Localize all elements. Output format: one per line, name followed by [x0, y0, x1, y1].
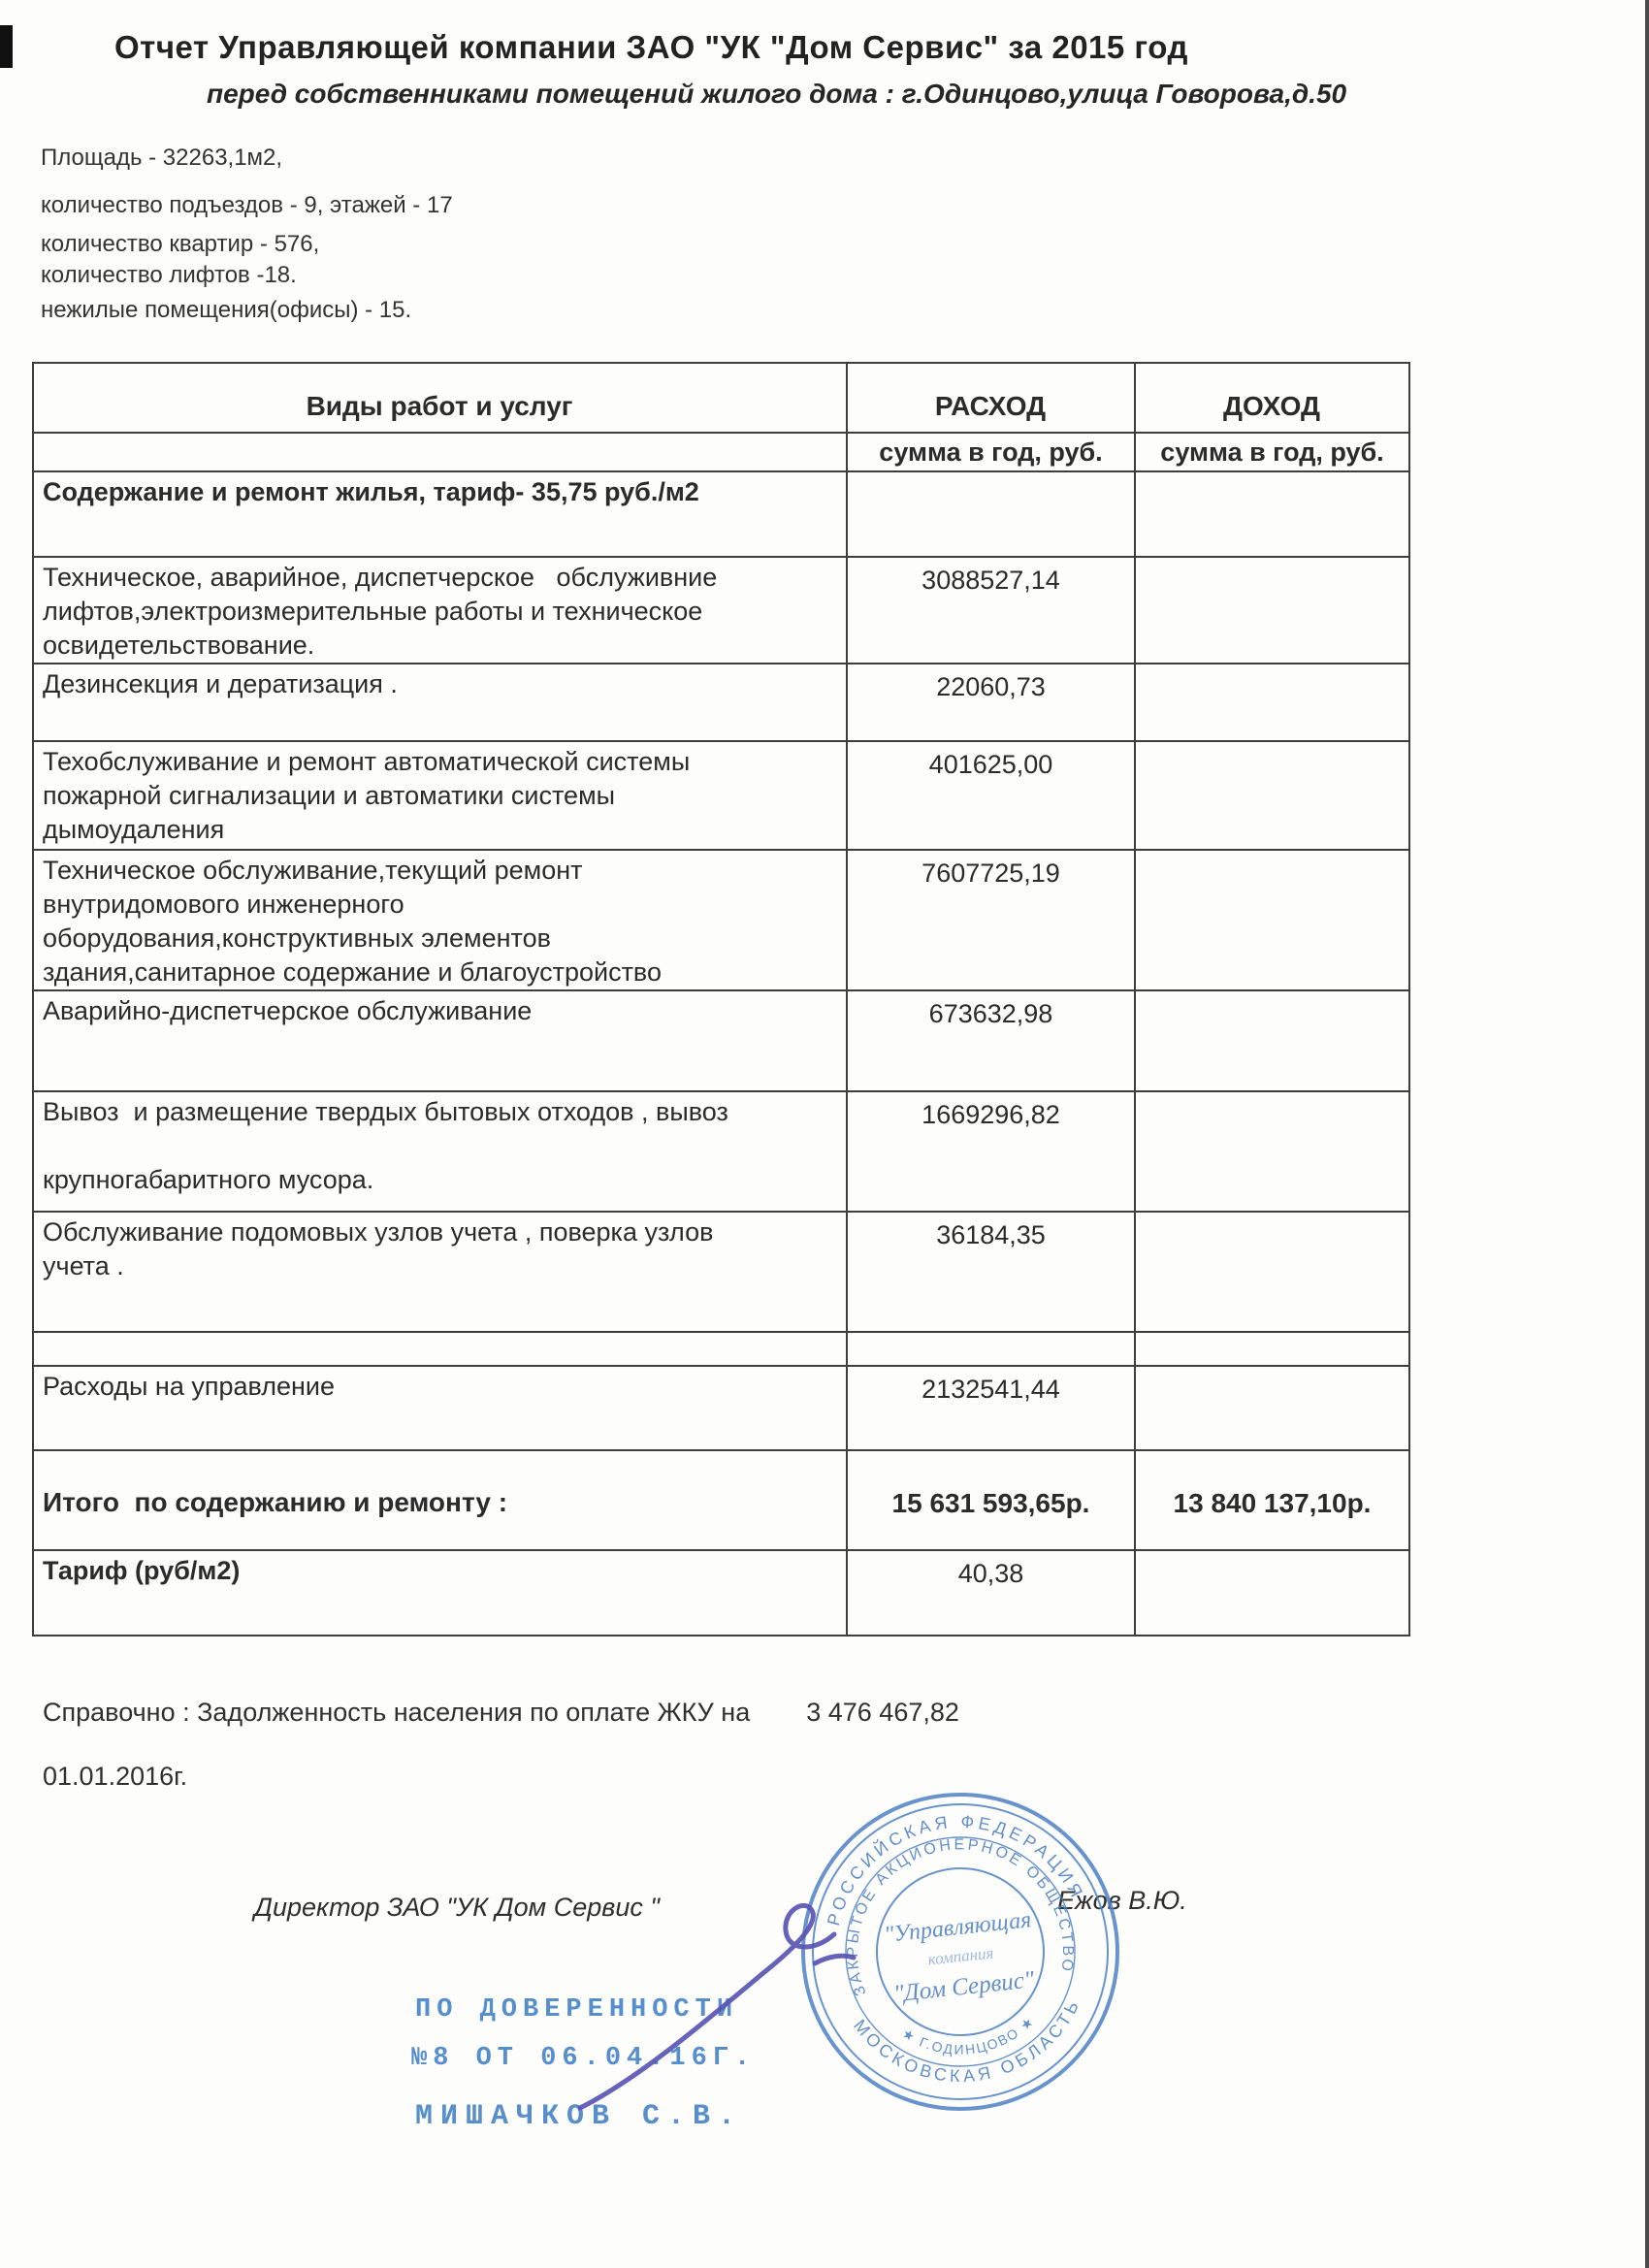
scanned-report-page: Отчет Управляющей компании ЗАО "УК "Дом …	[0, 0, 1649, 2268]
subheader-income: сумма в год, руб.	[1135, 433, 1409, 471]
tariff-income-cell	[1135, 1550, 1409, 1636]
income-cell	[1135, 471, 1409, 557]
expense-cell: 36184,35	[847, 1212, 1135, 1332]
income-cell	[1135, 1212, 1409, 1332]
info-apartments: количество квартир - 576,	[41, 232, 453, 256]
table-row: Техническое обслуживание,текущий ремонт …	[33, 850, 1409, 990]
debt-amount: 3 476 467,82	[806, 1698, 959, 1727]
stamp-center-line-1: "Управляющая	[883, 1907, 1032, 1948]
info-offices: нежилые помещения(офисы) - 15.	[41, 298, 453, 322]
report-subtitle: перед собственниками помещений жилого до…	[207, 79, 1346, 110]
table-row: Аварийно-диспетчерское обслуживание 6736…	[33, 990, 1409, 1091]
header-income: ДОХОД	[1135, 363, 1409, 433]
work-type-cell: Обслуживание подомовых узлов учета , пов…	[33, 1212, 847, 1332]
work-type-cell: Дезинсекция и дератизация .	[33, 664, 847, 741]
expense-cell	[847, 1332, 1135, 1366]
reference-note: Справочно : Задолженность населения по о…	[43, 1698, 959, 1791]
table-row: Техническое, аварийное, диспетчерское об…	[33, 557, 1409, 664]
expense-cell: 401625,00	[847, 741, 1135, 850]
reference-date: 01.01.2016г.	[43, 1762, 959, 1791]
works-services-table: Виды работ и услуг РАСХОД ДОХОД сумма в …	[32, 362, 1410, 1636]
scan-artifact-right-edge	[1645, 0, 1649, 2268]
work-type-cell: Техническое, аварийное, диспетчерское об…	[33, 557, 847, 664]
tariff-label-cell: Тариф (руб/м2)	[33, 1550, 847, 1636]
income-cell	[1135, 1366, 1409, 1450]
stamp-center-line-3: "Дом Сервис"	[892, 1966, 1036, 2007]
expense-cell: 22060,73	[847, 664, 1135, 741]
income-cell	[1135, 741, 1409, 850]
work-type-cell: Вывоз и размещение твердых бытовых отход…	[33, 1091, 847, 1212]
income-cell	[1135, 557, 1409, 664]
total-label-cell: Итого по содержанию и ремонту :	[33, 1450, 847, 1550]
total-expense-cell: 15 631 593,65р.	[847, 1450, 1135, 1550]
table-header-row: Виды работ и услуг РАСХОД ДОХОД	[33, 363, 1409, 433]
tariff-value-cell: 40,38	[847, 1550, 1135, 1636]
table-subheader-row: сумма в год, руб. сумма в год, руб.	[33, 433, 1409, 471]
building-info: Площадь - 32263,1м2, количество подъездо…	[41, 146, 453, 322]
expense-cell: 2132541,44	[847, 1366, 1135, 1450]
table-row: Содержание и ремонт жилья, тариф- 35,75 …	[33, 471, 1409, 557]
work-type-cell: Содержание и ремонт жилья, тариф- 35,75 …	[33, 471, 847, 557]
expense-cell	[847, 471, 1135, 557]
info-elevators: количество лифтов -18.	[41, 263, 453, 287]
subheader-expense: сумма в год, руб.	[847, 433, 1135, 471]
table-row: Вывоз и размещение твердых бытовых отход…	[33, 1091, 1409, 1212]
income-cell	[1135, 664, 1409, 741]
header-work-types: Виды работ и услуг	[33, 363, 847, 433]
table-row: Обслуживание подомовых узлов учета , пов…	[33, 1212, 1409, 1332]
table-row: Дезинсекция и дератизация . 22060,73	[33, 664, 1409, 741]
table-total-row: Итого по содержанию и ремонту : 15 631 5…	[33, 1450, 1409, 1550]
stamp-center-line-2: компания	[927, 1943, 995, 1968]
work-type-cell: Техническое обслуживание,текущий ремонт …	[33, 850, 847, 990]
reference-text: Справочно : Задолженность населения по о…	[43, 1698, 750, 1727]
expense-cell: 1669296,82	[847, 1091, 1135, 1212]
work-type-cell: Техобслуживание и ремонт автоматической …	[33, 741, 847, 850]
table-row-empty	[33, 1332, 1409, 1366]
header-expense: РАСХОД	[847, 363, 1135, 433]
work-type-cell: Расходы на управление	[33, 1366, 847, 1450]
info-area: Площадь - 32263,1м2,	[41, 146, 453, 170]
work-type-cell: Аварийно-диспетчерское обслуживание	[33, 990, 847, 1091]
expense-cell: 3088527,14	[847, 557, 1135, 664]
income-cell	[1135, 1332, 1409, 1366]
expense-cell: 7607725,19	[847, 850, 1135, 990]
report-title: Отчет Управляющей компании ЗАО "УК "Дом …	[114, 29, 1188, 66]
work-type-cell	[33, 1332, 847, 1366]
total-income-cell: 13 840 137,10р.	[1135, 1450, 1409, 1550]
scan-artifact-left	[0, 25, 13, 68]
table-row: Расходы на управление 2132541,44	[33, 1366, 1409, 1450]
table-row: Техобслуживание и ремонт автоматической …	[33, 741, 1409, 850]
table-tariff-row: Тариф (руб/м2) 40,38	[33, 1550, 1409, 1636]
expense-cell: 673632,98	[847, 990, 1135, 1091]
income-cell	[1135, 990, 1409, 1091]
info-entrances-floors: количество подъездов - 9, этажей - 17	[41, 193, 453, 217]
handwritten-signature	[570, 1870, 890, 2118]
income-cell	[1135, 1091, 1409, 1212]
subheader-empty	[33, 433, 847, 471]
income-cell	[1135, 850, 1409, 990]
